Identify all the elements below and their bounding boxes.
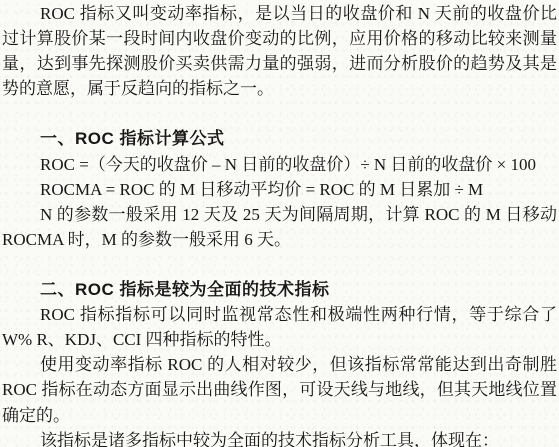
params-line-2: ROCMA 时，M 的参数一般采用 6 天。 xyxy=(2,227,557,252)
overview-line-1: ROC 指标指标可以同时监视常态性和极端性两种行情，等于综合了 RSI、 xyxy=(2,302,557,327)
intro-line-2: 过计算股价某一段时间内收盘价变动的比例，应用价格的移动比较来测量价位动 xyxy=(2,26,557,51)
conclusion-line: 该指标是诸多指标中较为全面的技术指标分析工具，体现在： xyxy=(2,428,557,447)
usage-line-3: 确定的。 xyxy=(2,403,557,428)
roc-formula: ROC =（今天的收盘价 – N 日前的收盘价）÷ N 日前的收盘价 × 100 xyxy=(2,152,557,177)
usage-line-2: ROC 指标在动态方面显示出曲线作图，可设天线与地线，但其天地线位置是不 xyxy=(2,377,557,402)
usage-line-1: 使用变动率指标 ROC 的人相对较少，但该指标常常能达到出奇制胜的效果。 xyxy=(2,352,557,377)
section1-heading: 一、ROC 指标计算公式 xyxy=(2,126,557,151)
intro-line-1: ROC 指标又叫变动率指标，是以当日的收盘价和 N 天前的收盘价比较，通 xyxy=(2,1,557,26)
rocma-formula: ROCMA = ROC 的 M 日移动平均价 = ROC 的 M 日累加 ÷ M xyxy=(2,177,557,202)
intro-line-3: 量，达到事先探测股价买卖供需力量的强弱，进而分析股价的趋势及其是否有转 xyxy=(2,51,557,76)
section2-heading: 二、ROC 指标是较为全面的技术指标 xyxy=(2,277,557,302)
params-line-1: N 的参数一般采用 12 天及 25 天为间隔周期，计算 ROC 的 M 日移动… xyxy=(2,202,557,227)
blank-line xyxy=(2,101,557,126)
overview-line-2: W% R、KDJ、CCI 四种指标的特性。 xyxy=(2,327,557,352)
blank-line xyxy=(2,252,557,277)
intro-line-4: 势的意愿，属于反趋向的指标之一。 xyxy=(2,76,557,101)
document-page: ROC 指标又叫变动率指标，是以当日的收盘价和 N 天前的收盘价比较，通 过计算… xyxy=(0,0,559,447)
